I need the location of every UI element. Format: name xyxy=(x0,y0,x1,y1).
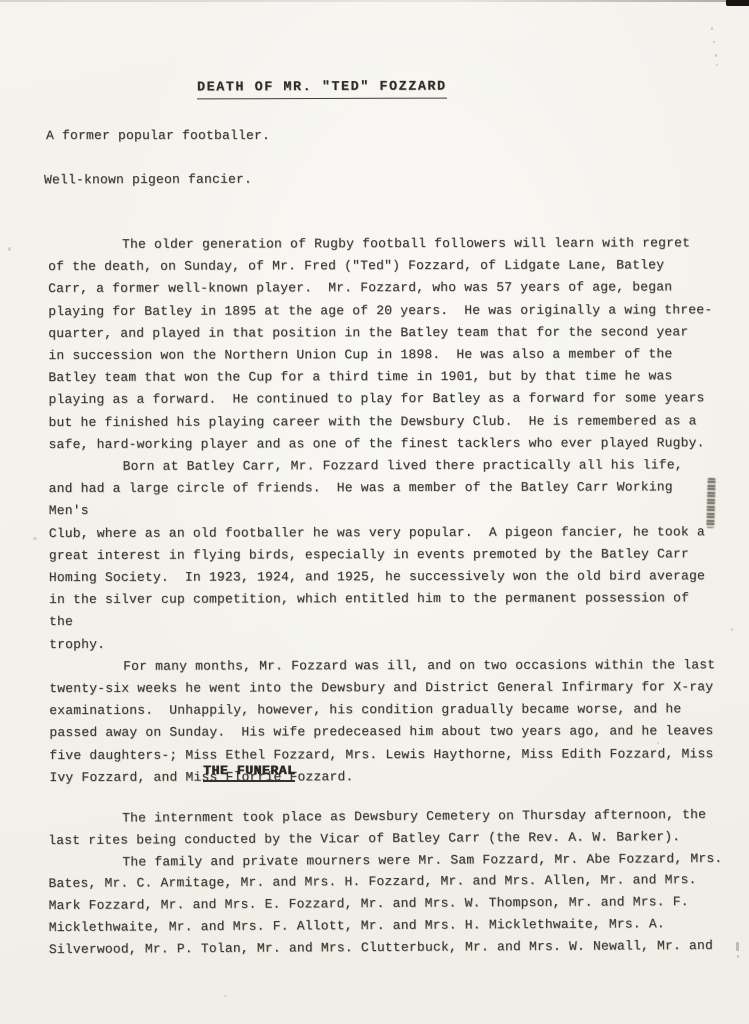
paper-speckle xyxy=(711,27,713,30)
paper-speckle xyxy=(8,247,11,251)
scan-edge-artifact xyxy=(0,0,749,2)
standfirst-line-pigeon-fancier: Well-known pigeon fancier. xyxy=(44,172,252,188)
standfirst-line-footballer: A former popular footballer. xyxy=(46,128,270,143)
funeral-section-body: The internment took place as Dewsbury Ce… xyxy=(48,804,725,961)
scan-corner-artifact xyxy=(726,0,749,6)
paper-speckle xyxy=(224,995,227,997)
paper-speckle xyxy=(657,742,659,744)
paper-speckle xyxy=(33,537,37,540)
funeral-paragraph-mourners: The family and private mourners were Mr.… xyxy=(48,847,725,960)
paper-speckle xyxy=(715,54,717,57)
paper-speckle xyxy=(716,64,718,66)
paper-speckle xyxy=(731,628,733,631)
paper-speckle xyxy=(736,942,739,951)
obituary-paragraph-illness: For many months, Mr. Fozzard was ill, an… xyxy=(49,654,721,789)
obituary-paragraph-life: Born at Batley Carr, Mr. Fozzard lived t… xyxy=(49,454,722,656)
scanned-document-page: DEATH OF MR. "TED" FOZZARD A former popu… xyxy=(0,0,749,1024)
ink-smudge-artifact xyxy=(706,478,715,528)
obituary-paragraph-career: The older generation of Rugby football f… xyxy=(48,232,721,456)
paper-speckle xyxy=(737,955,739,958)
paper-speckle xyxy=(660,756,663,759)
paper-speckle xyxy=(713,41,715,43)
headline: DEATH OF MR. "TED" FOZZARD xyxy=(197,80,447,100)
obituary-body: The older generation of Rugby football f… xyxy=(48,232,721,789)
funeral-section-heading: THE FUNERAL xyxy=(203,763,295,782)
funeral-paragraph-interment: The internment took place as Dewsbury Ce… xyxy=(48,804,724,852)
